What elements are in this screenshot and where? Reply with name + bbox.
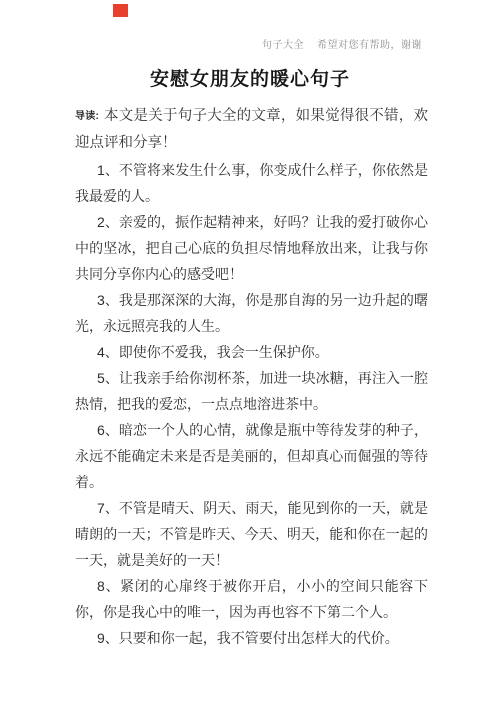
document-page: { "header": { "site": "句子大全", "note": "希… [0, 0, 500, 707]
site-name: 句子大全 [262, 36, 304, 51]
sentence-item: 9、只要和你一起，我不管要付出怎样大的代价。 [75, 625, 428, 651]
sentence-item: 3、我是那深深的大海，你是那自海的另一边升起的曙光，永远照亮我的人生。 [75, 287, 428, 339]
sentence-item: 8、紧闭的心扉终于被你开启，小小的空间只能容下你，你是我心中的唯一，因为再也容不… [75, 573, 428, 625]
sentence-item: 5、让我亲手给你沏杯茶，加进一块冰糖，再注入一腔热情，把我的爱恋，一点点地溶进茶… [75, 365, 428, 417]
sentence-list: 1、不管将来发生什么事，你变成什么样子，你依然是我最爱的人。 2、亲爱的，振作起… [75, 157, 428, 651]
intro-text: 本文是关于句子大全的文章，如果觉得很不错，欢迎点评和分享！ [75, 108, 428, 151]
sentence-item: 2、亲爱的，振作起精神来，好吗？让我的爱打破你心中的坚冰，把自己心底的负担尽情地… [75, 209, 428, 287]
header-slogan: 希望对您有帮助，谢谢 [317, 36, 422, 51]
intro-paragraph: 导读:本文是关于句子大全的文章，如果觉得很不错，欢迎点评和分享！ [75, 103, 428, 156]
page-title: 安慰女朋友的暖心句子 [0, 66, 500, 94]
sentence-item: 6、暗恋一个人的心情，就像是瓶中等待发芽的种子，永远不能确定未来是否是美丽的，但… [75, 417, 428, 495]
red-stamp-icon [113, 4, 128, 17]
intro-label: 导读: [75, 111, 99, 122]
header-note: 句子大全 希望对您有帮助，谢谢 [262, 36, 500, 51]
article-body: 导读:本文是关于句子大全的文章，如果觉得很不错，欢迎点评和分享！ 1、不管将来发… [75, 103, 428, 651]
sentence-item: 7、不管是晴天、阴天、雨天，能见到你的一天，就是晴朗的一天；不管是昨天、今天、明… [75, 495, 428, 573]
sentence-item: 4、即使你不爱我，我会一生保护你。 [75, 339, 428, 365]
sentence-item: 1、不管将来发生什么事，你变成什么样子，你依然是我最爱的人。 [75, 157, 428, 209]
